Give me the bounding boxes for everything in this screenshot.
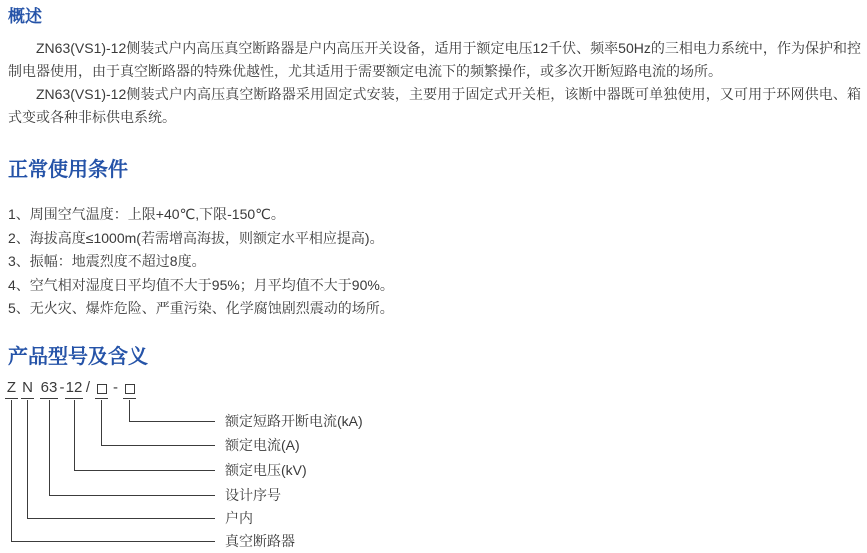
overview-heading: 概述 <box>8 7 867 27</box>
connector-vertical-line <box>101 400 102 446</box>
connector-horizontal-line <box>49 495 215 496</box>
model-segment: 12 <box>65 379 83 399</box>
model-label: 额定电压(kV) <box>225 461 307 480</box>
connector-horizontal-line <box>11 541 215 542</box>
model-segment: / <box>84 379 92 399</box>
connector-horizontal-line <box>101 445 215 446</box>
overview-paragraph-1: ZN63(VS1)-12侧装式户内高压真空断路器是户内高压开关设备，适用于额定电… <box>8 37 861 83</box>
connector-vertical-line <box>27 400 28 519</box>
model-placeholder-box <box>123 379 136 399</box>
model-placeholder-box <box>95 379 108 399</box>
model-segment: N <box>21 379 34 399</box>
model-segment: Z <box>5 379 18 399</box>
connector-vertical-line <box>49 400 50 496</box>
connector-vertical-line <box>129 400 130 422</box>
placeholder-box-icon <box>97 384 107 394</box>
model-label: 额定短路开断电流(kA) <box>225 412 363 431</box>
document-page: 概述 ZN63(VS1)-12侧装式户内高压真空断路器是户内高压开关设备，适用于… <box>0 0 867 553</box>
conditions-heading: 正常使用条件 <box>8 159 867 182</box>
connector-horizontal-line <box>74 470 215 471</box>
placeholder-box-icon <box>125 384 135 394</box>
model-label: 户内 <box>225 509 253 528</box>
model-segment: 63 <box>40 379 58 399</box>
condition-item: 5、无火灾、爆炸危险、严重污染、化学腐蚀剧烈震动的场所。 <box>8 297 867 321</box>
model-heading: 产品型号及含义 <box>8 346 867 369</box>
connector-horizontal-line <box>27 518 215 519</box>
conditions-list: 1、周围空气温度：上限+40℃,下限-150℃。 2、海拔高度≤1000m(若需… <box>8 203 867 321</box>
connector-horizontal-line <box>129 421 215 422</box>
model-label: 额定电流(A) <box>225 436 300 455</box>
model-segment: - <box>111 379 120 399</box>
model-label: 真空断路器 <box>225 532 295 551</box>
overview-paragraph-2: ZN63(VS1)-12侧装式户内高压真空断路器采用固定式安装，主要用于固定式开… <box>8 83 861 129</box>
condition-item: 4、空气相对湿度日平均值不大于95%；月平均值不大于90%。 <box>8 274 867 298</box>
connector-vertical-line <box>11 400 12 542</box>
condition-item: 2、海拔高度≤1000m(若需增高海拔，则额定水平相应提高)。 <box>8 227 867 251</box>
model-label: 设计序号 <box>225 486 281 505</box>
condition-item: 3、振幅：地震烈度不超过8度。 <box>8 250 867 274</box>
connector-vertical-line <box>74 400 75 471</box>
condition-item: 1、周围空气温度：上限+40℃,下限-150℃。 <box>8 203 867 227</box>
model-diagram: ZN63-12/-额定短路开断电流(kA)额定电流(A)额定电压(kV)设计序号… <box>0 377 867 553</box>
